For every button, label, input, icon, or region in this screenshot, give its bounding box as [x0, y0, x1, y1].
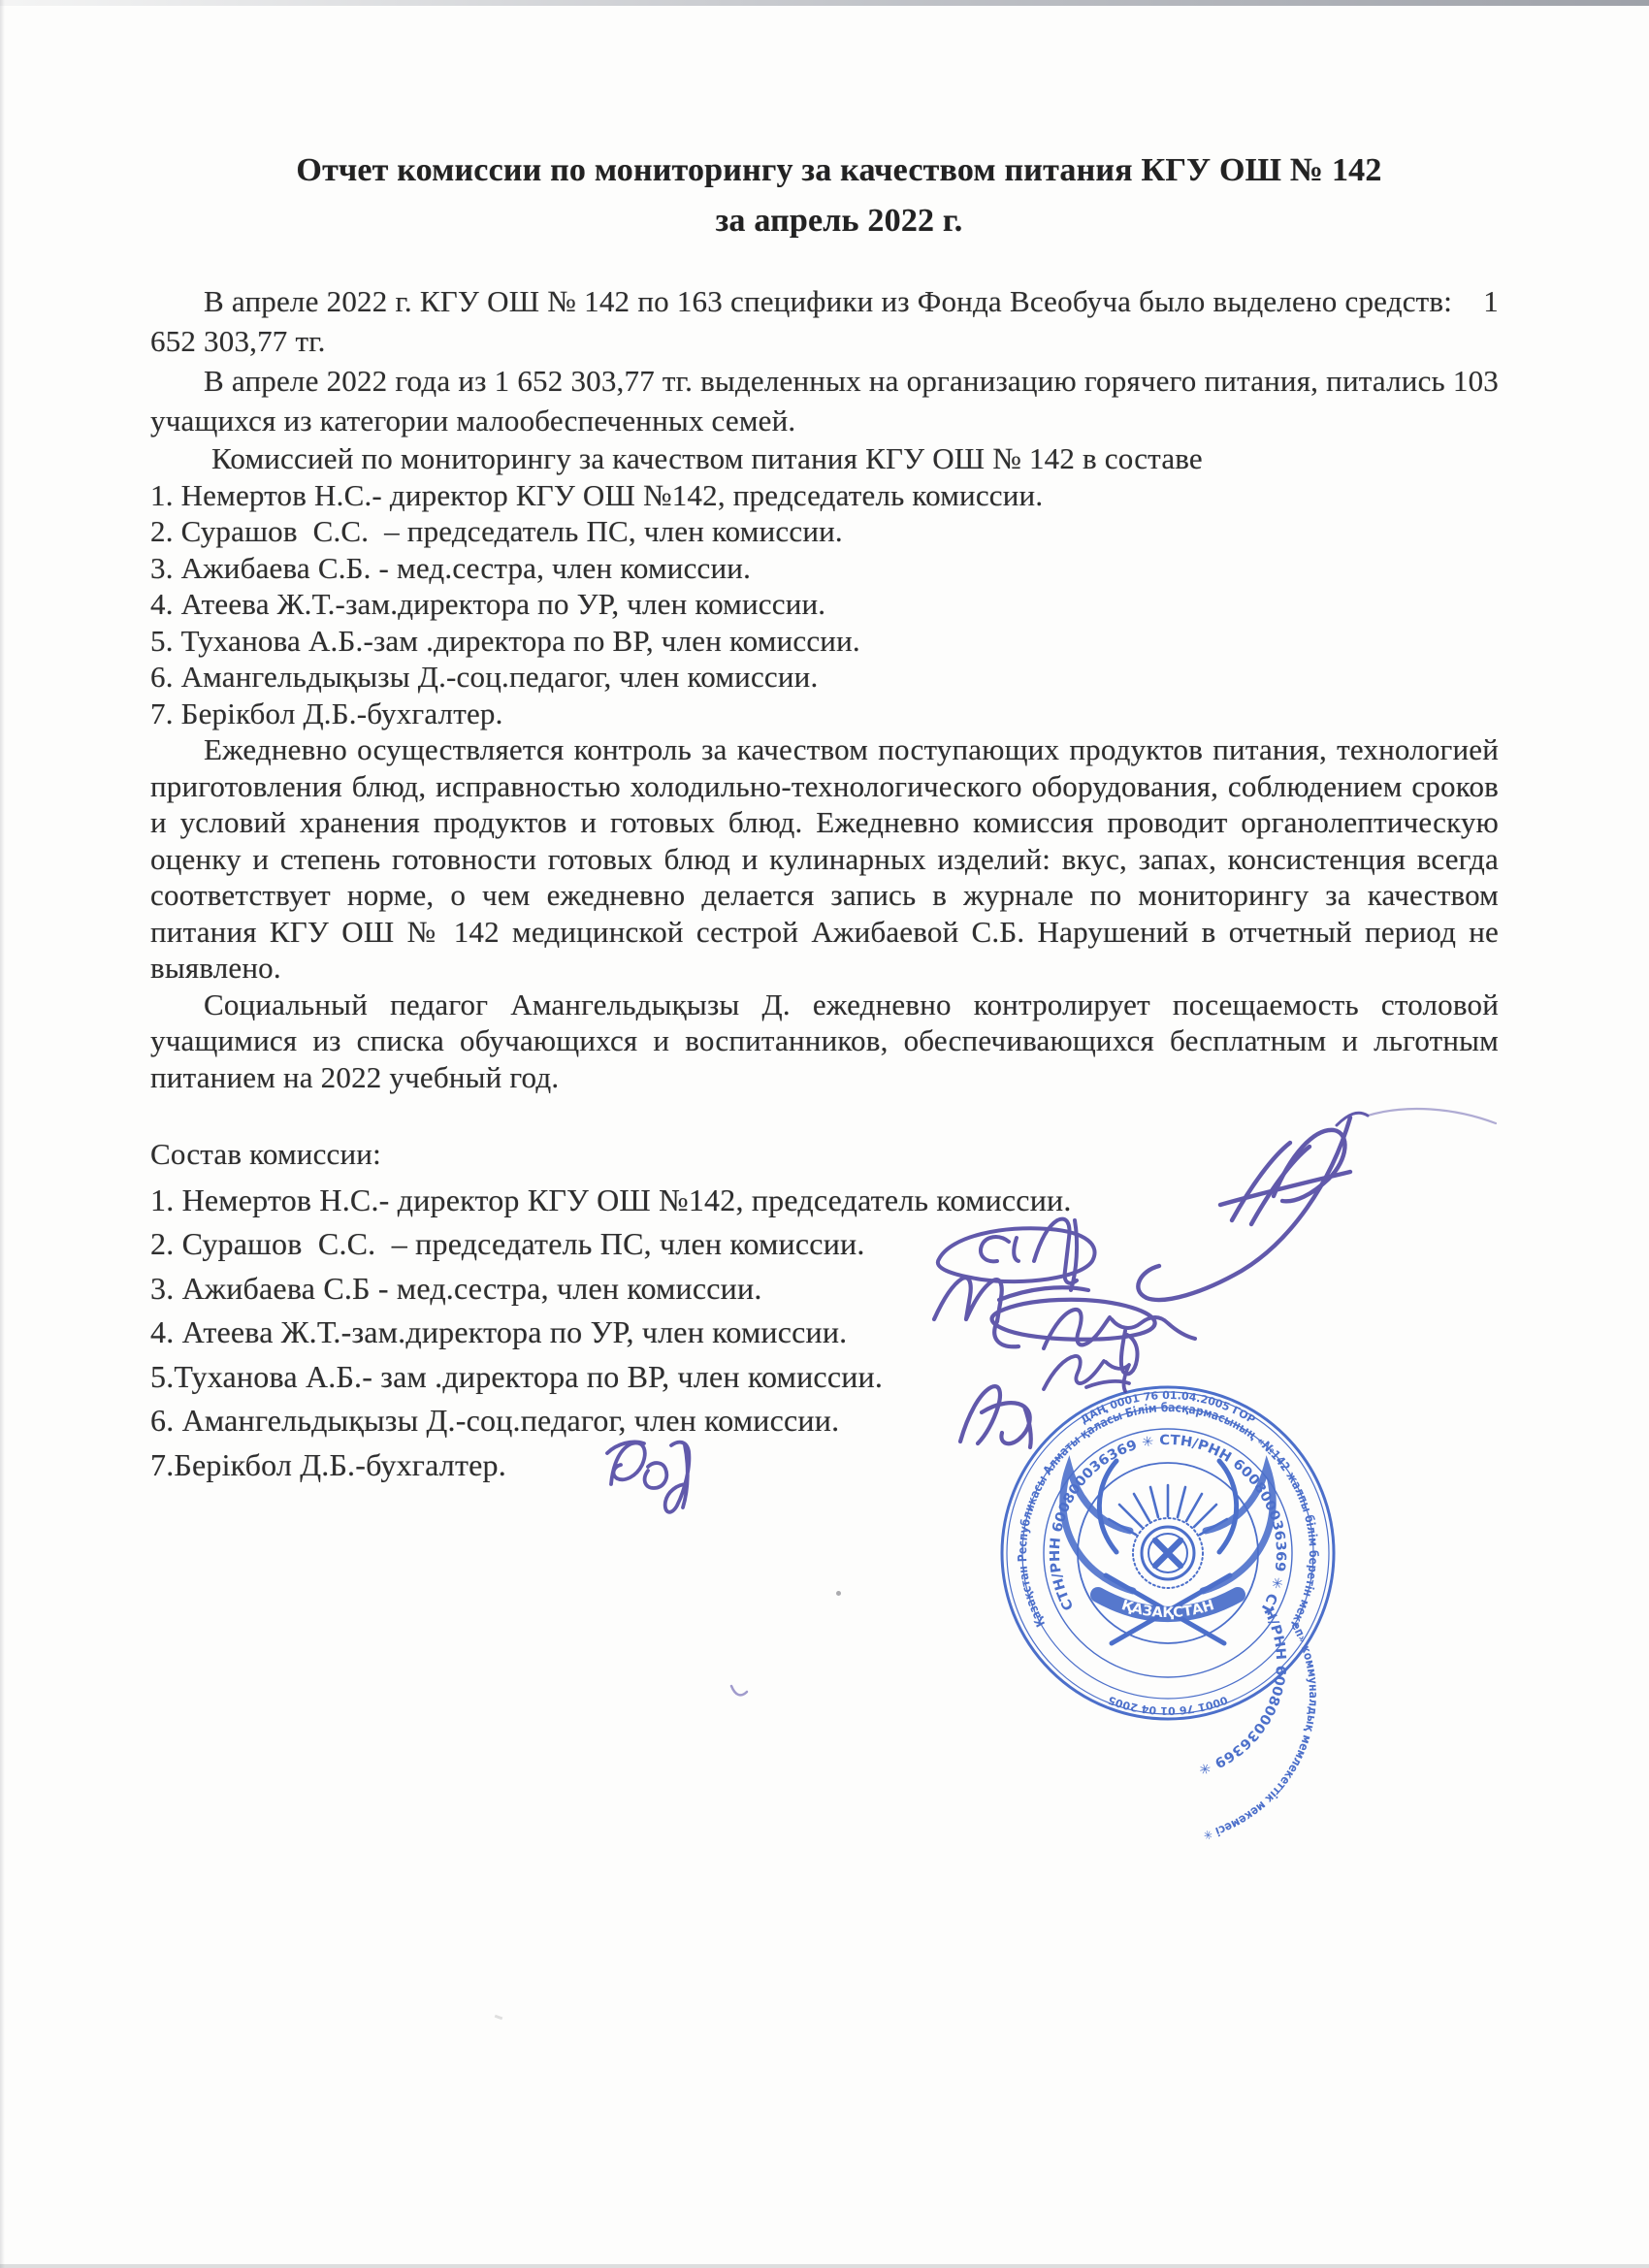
commission-member: 7. Берікбол Д.Б.-бухгалтер.	[150, 696, 1499, 732]
commission-member: 5. Туханова А.Б.-зам .директора по ВР, ч…	[150, 623, 1499, 660]
commission-intro: Комиссией по мониторингу за качеством пи…	[150, 440, 1499, 477]
scan-edge-left	[0, 0, 5, 2268]
scan-edge-bottom	[0, 2264, 1649, 2268]
composition-member: 1. Немертов Н.С.- директор КГУ ОШ №142, …	[150, 1179, 1499, 1223]
document-title: Отчет комиссии по мониторингу за качеств…	[179, 146, 1499, 246]
composition-member: 7.Берікбол Д.Б.-бухгалтер.	[150, 1443, 1499, 1488]
title-line-1: Отчет комиссии по мониторингу за качеств…	[296, 152, 1381, 188]
commission-member: 6. Амангельдықызы Д.-соц.педагог, член к…	[150, 659, 1499, 696]
paragraph-daily-control: Ежедневно осуществляется контроль за кач…	[150, 731, 1499, 987]
composition-member: 2. Сурашов С.С. – председатель ПС, член …	[150, 1222, 1499, 1267]
commission-member: 3. Ажибаева С.Б. - мед.сестра, член коми…	[150, 550, 1499, 587]
stamp-emblem	[1063, 1461, 1273, 1643]
composition-member: 3. Ажибаева С.Б - мед.сестра, член комис…	[150, 1267, 1499, 1312]
title-line-2: за апрель 2022 г.	[716, 203, 963, 239]
paragraph-meals: В апреле 2022 года из 1 652 303,77 тг. в…	[150, 361, 1499, 440]
composition-member: 4. Атеева Ж.Т.-зам.директора по УР, член…	[150, 1311, 1499, 1355]
composition-member: 5.Туханова А.Б.- зам .директора по ВР, ч…	[150, 1355, 1499, 1400]
stamp-banner-text: ҚАЗАҚСТАН	[1119, 1598, 1216, 1621]
commission-member: 1. Немертов Н.С.- директор КГУ ОШ №142, …	[150, 477, 1499, 514]
composition-member-list: 1. Немертов Н.С.- директор КГУ ОШ №142, …	[150, 1179, 1499, 1488]
paragraph-funding: В апреле 2022 г. КГУ ОШ № 142 по 163 спе…	[150, 281, 1499, 361]
document-content: Отчет комиссии по мониторингу за качеств…	[150, 146, 1499, 1487]
scan-speck	[836, 1591, 841, 1596]
scan-speck	[495, 2015, 503, 2021]
commission-member: 4. Атеева Ж.Т.-зам.директора по УР, член…	[150, 586, 1499, 623]
stamp-bottom-note: 0001 76 01 04 2005	[1107, 1694, 1230, 1717]
composition-heading: Состав комиссии:	[150, 1136, 1499, 1173]
composition-member: 6. Амангельдықызы Д.-соц.педагог, член к…	[150, 1399, 1499, 1443]
paragraph-social-pedagog: Социальный педагог Амангельдықызы Д. еже…	[150, 987, 1499, 1096]
scan-edge-top	[0, 0, 1649, 6]
commission-member-list: 1. Немертов Н.С.- директор КГУ ОШ №142, …	[150, 477, 1499, 732]
scanned-document-page: Отчет комиссии по мониторингу за качеств…	[0, 0, 1649, 2268]
commission-member: 2. Сурашов С.С. – председатель ПС, член …	[150, 513, 1499, 550]
ink-speck	[731, 1686, 747, 1695]
